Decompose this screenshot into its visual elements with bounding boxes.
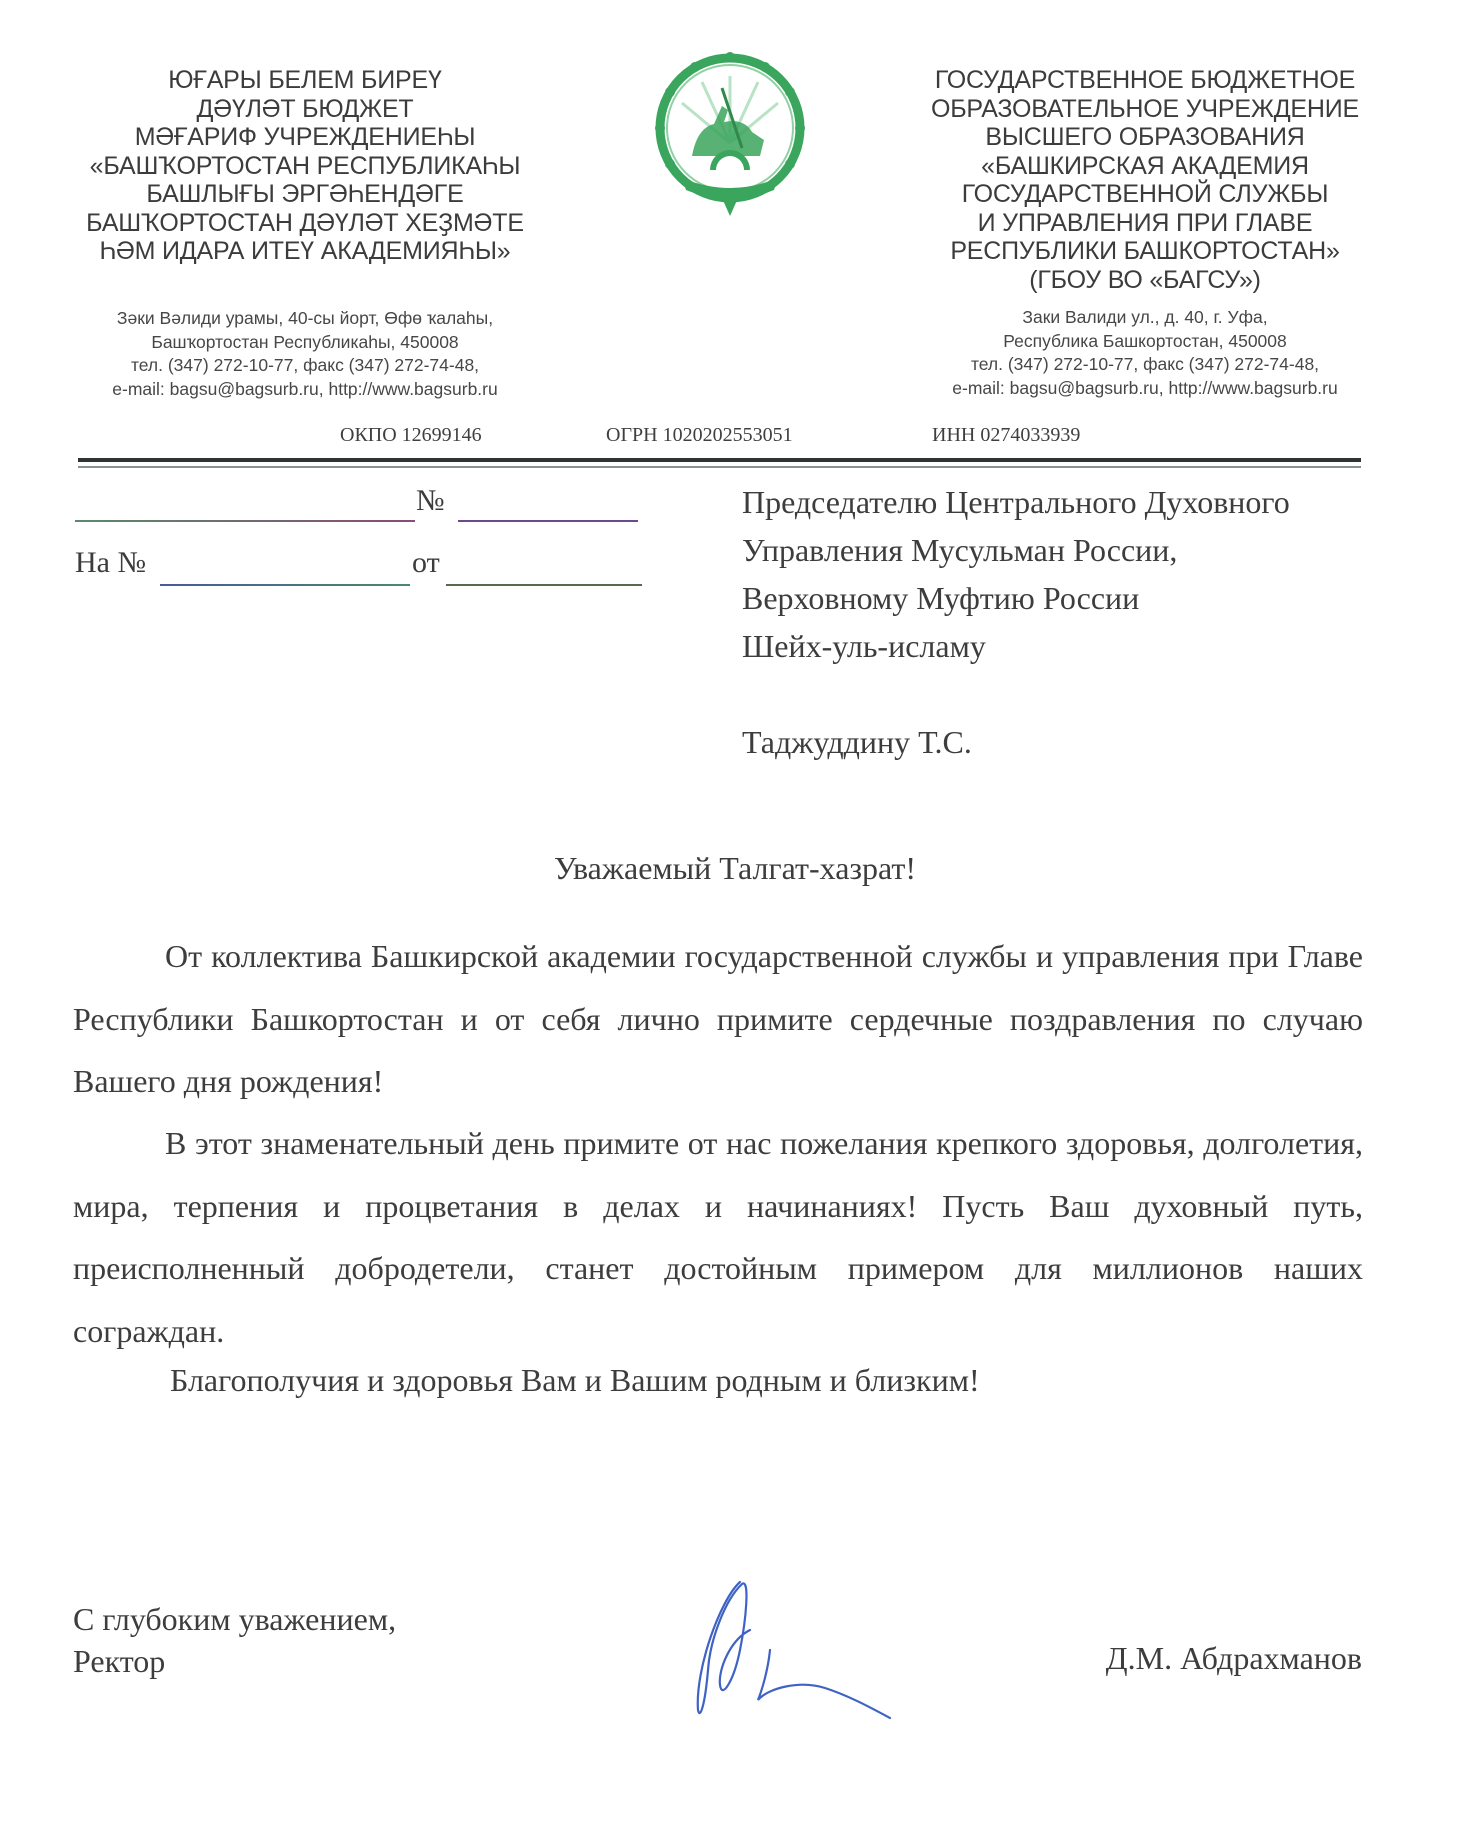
reply-date-field[interactable] [446, 584, 642, 586]
addressee-name: Таджуддину Т.С. [742, 718, 1290, 766]
title-line: ГОСУДАРСТВЕННОЙ СЛУЖБЫ [920, 180, 1370, 209]
letterhead-left-address: Зәки Вәлиди урамы, 40-сы йорт, Өфө ҡалаһ… [75, 307, 535, 401]
body-paragraph-3: Благополучия и здоровья Вам и Вашим родн… [170, 1362, 980, 1399]
title-line: БАШЛЫҒЫ ЭРГӘҺЕНДӘГЕ [75, 180, 535, 209]
letterhead-right-title: ГОСУДАРСТВЕННОЕ БЮДЖЕТНОЕ ОБРАЗОВАТЕЛЬНО… [920, 66, 1370, 294]
title-line: ВЫСШЕГО ОБРАЗОВАНИЯ [920, 123, 1370, 152]
signer-position: Ректор [73, 1640, 396, 1682]
title-line: ЮҒАРЫ БЕЛЕМ БИРЕҮ [75, 66, 535, 95]
address-line: Республика Башкортостан, 450008 [920, 330, 1370, 354]
title-line: МӘҒАРИФ УЧРЕЖДЕНИЕҺЫ [75, 123, 535, 152]
address-line: e-mail: bagsu@bagsurb.ru, http://www.bag… [75, 378, 535, 402]
inn-code: ИНН 0274033939 [932, 424, 1080, 447]
address-line: тел. (347) 272-10-77, факс (347) 272-74-… [920, 353, 1370, 377]
number-sign-label: № [416, 484, 445, 518]
emblem-icon [652, 48, 808, 223]
title-line: ДӘҮЛӘТ БЮДЖЕТ [75, 95, 535, 124]
title-line: И УПРАВЛЕНИЯ ПРИ ГЛАВЕ [920, 209, 1370, 238]
salutation: Уважаемый Талгат-хазрат! [0, 850, 1470, 887]
letterhead-left-title: ЮҒАРЫ БЕЛЕМ БИРЕҮ ДӘҮЛӘТ БЮДЖЕТ МӘҒАРИФ … [75, 66, 535, 266]
title-line: (ГБОУ ВО «БАГСУ») [920, 266, 1370, 295]
address-line: тел. (347) 272-10-77, факс (347) 272-74-… [75, 354, 535, 378]
signature-icon [650, 1560, 910, 1735]
reply-to-label: На № [75, 546, 146, 580]
title-line: «БАШКИРСКАЯ АКАДЕМИЯ [920, 152, 1370, 181]
closing-phrase: С глубоким уважением, [73, 1598, 396, 1640]
header-divider-thin [78, 466, 1361, 468]
title-line: ГОСУДАРСТВЕННОЕ БЮДЖЕТНОЕ [920, 66, 1370, 95]
address-line: Зәки Вәлиди урамы, 40-сы йорт, Өфө ҡалаһ… [75, 307, 535, 331]
address-line: e-mail: bagsu@bagsurb.ru, http://www.bag… [920, 377, 1370, 401]
title-line: РЕСПУБЛИКИ БАШКОРТОСТАН» [920, 237, 1370, 266]
title-line: ОБРАЗОВАТЕЛЬНОЕ УЧРЕЖДЕНИЕ [920, 95, 1370, 124]
addressee-line: Верховному Муфтию России [742, 574, 1290, 622]
outgoing-date-field[interactable] [75, 520, 415, 522]
title-line: «БАШҠОРТОСТАН РЕСПУБЛИКАҺЫ [75, 152, 535, 181]
signer-name: Д.М. Абдрахманов [1106, 1640, 1362, 1677]
header-divider-thick [78, 458, 1361, 462]
title-line: БАШҠОРТОСТАН ДӘҮЛӘТ ХЕҘМӘТЕ [75, 209, 535, 238]
reply-number-field[interactable] [160, 584, 410, 586]
outgoing-number-field[interactable] [458, 520, 638, 522]
addressee-line: Управления Мусульман России, [742, 526, 1290, 574]
from-label: от [412, 546, 440, 580]
addressee-block: Председателю Центрального Духовного Упра… [742, 478, 1290, 766]
letterhead-left-bashkir: ЮҒАРЫ БЕЛЕМ БИРЕҮ ДӘҮЛӘТ БЮДЖЕТ МӘҒАРИФ … [75, 66, 535, 266]
title-line: ҺӘМ ИДАРА ИТЕҮ АКАДЕМИЯҺЫ» [75, 237, 535, 266]
closing-block: С глубоким уважением, Ректор [73, 1598, 396, 1682]
addressee-line: Шейх-уль-исламу [742, 622, 1290, 670]
okpo-code: ОКПО 12699146 [340, 424, 482, 447]
letterhead-right-russian: ГОСУДАРСТВЕННОЕ БЮДЖЕТНОЕ ОБРАЗОВАТЕЛЬНО… [920, 66, 1370, 294]
letterhead-right-address: Заки Валиди ул., д. 40, г. Уфа, Республи… [920, 306, 1370, 400]
body-paragraph-1: От коллектива Башкирской академии госуда… [73, 925, 1363, 1113]
ogrn-code: ОГРН 1020202553051 [606, 424, 793, 447]
address-line: Башҡортостан Республикаһы, 450008 [75, 331, 535, 355]
address-line: Заки Валиди ул., д. 40, г. Уфа, [920, 306, 1370, 330]
body-paragraph-2: В этот знаменательный день примите от на… [73, 1112, 1363, 1362]
addressee-line: Председателю Центрального Духовного [742, 478, 1290, 526]
